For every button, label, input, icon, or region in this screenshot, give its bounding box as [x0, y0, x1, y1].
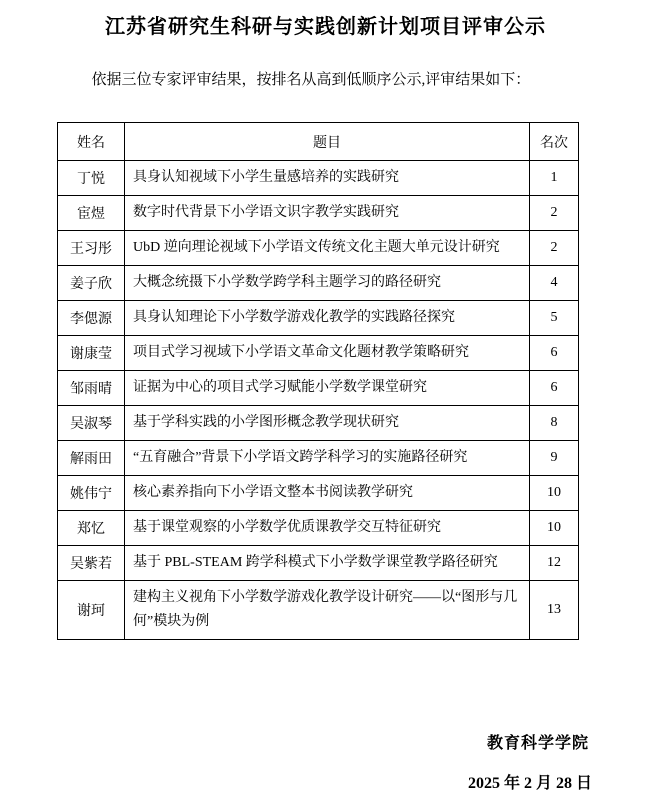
student-name-cell: 丁悦 — [58, 161, 125, 196]
project-title-cell: 基于课堂观察的小学数学优质课教学交互特征研究 — [125, 511, 530, 546]
rank-cell: 4 — [530, 266, 579, 301]
table-row: 李偲源 具身认知理论下小学数学游戏化教学的实践路径探究 5 — [58, 301, 579, 336]
table-row: 解雨田 “五育融合”背景下小学语文跨学科学习的实施路径研究 9 — [58, 441, 579, 476]
table-row: 吴淑琴 基于学科实践的小学图形概念教学现状研究 8 — [58, 406, 579, 441]
table-body: 丁悦 具身认知视域下小学生量感培养的实践研究 1 宦煜 数字时代背景下小学语文识… — [58, 161, 579, 640]
table-row: 吴紫若 基于 PBL-STEAM 跨学科模式下小学数学课堂教学路径研究 12 — [58, 546, 579, 581]
table-row: 王习彤 UbD 逆向理论视域下小学语文传统文化主题大单元设计研究 2 — [58, 231, 579, 266]
rank-cell: 8 — [530, 406, 579, 441]
project-title-cell: 核心素养指向下小学语文整本书阅读教学研究 — [125, 476, 530, 511]
signature-date: 2025 年 2 月 28 日 — [0, 770, 592, 793]
header-rank: 名次 — [530, 123, 579, 161]
student-name-cell: 吴紫若 — [58, 546, 125, 581]
student-name-cell: 李偲源 — [58, 301, 125, 336]
project-title-cell: “五育融合”背景下小学语文跨学科学习的实施路径研究 — [125, 441, 530, 476]
header-title: 题目 — [125, 123, 530, 161]
student-name-cell: 姚伟宁 — [58, 476, 125, 511]
header-name: 姓名 — [58, 123, 125, 161]
table-row: 宦煜 数字时代背景下小学语文识字教学实践研究 2 — [58, 196, 579, 231]
student-name-cell: 邹雨晴 — [58, 371, 125, 406]
student-name-cell: 吴淑琴 — [58, 406, 125, 441]
table-row: 谢康莹 项目式学习视域下小学语文革命文化题材教学策略研究 6 — [58, 336, 579, 371]
table-row: 郑忆 基于课堂观察的小学数学优质课教学交互特征研究 10 — [58, 511, 579, 546]
project-title-cell: 具身认知视域下小学生量感培养的实践研究 — [125, 161, 530, 196]
rank-cell: 6 — [530, 336, 579, 371]
rank-cell: 1 — [530, 161, 579, 196]
rank-cell: 9 — [530, 441, 579, 476]
rank-cell: 2 — [530, 231, 579, 266]
table-row: 姚伟宁 核心素养指向下小学语文整本书阅读教学研究 10 — [58, 476, 579, 511]
project-title-cell: 基于学科实践的小学图形概念教学现状研究 — [125, 406, 530, 441]
table-row: 邹雨晴 证据为中心的项目式学习赋能小学数学课堂研究 6 — [58, 371, 579, 406]
project-title-cell: 大概念统摄下小学数学跨学科主题学习的路径研究 — [125, 266, 530, 301]
student-name-cell: 谢珂 — [58, 581, 125, 640]
rank-cell: 13 — [530, 581, 579, 640]
student-name-cell: 姜子欣 — [58, 266, 125, 301]
project-title-cell: 数字时代背景下小学语文识字教学实践研究 — [125, 196, 530, 231]
table-header-row: 姓名 题目 名次 — [58, 123, 579, 161]
student-name-cell: 谢康莹 — [58, 336, 125, 371]
project-title-cell: 建构主义视角下小学数学游戏化教学设计研究——以“图形与几何”模块为例 — [125, 581, 530, 640]
intro-paragraph: 依据三位专家评审结果，按排名从高到低顺序公示,评审结果如下： — [57, 70, 602, 90]
page-title: 江苏省研究生科研与实践创新计划项目评审公示 — [0, 10, 651, 39]
student-name-cell: 王习彤 — [58, 231, 125, 266]
rank-cell: 6 — [530, 371, 579, 406]
project-title-cell: 具身认知理论下小学数学游戏化教学的实践路径探究 — [125, 301, 530, 336]
rank-cell: 2 — [530, 196, 579, 231]
student-name-cell: 宦煜 — [58, 196, 125, 231]
table-row: 姜子欣 大概念统摄下小学数学跨学科主题学习的路径研究 4 — [58, 266, 579, 301]
project-title-cell: 证据为中心的项目式学习赋能小学数学课堂研究 — [125, 371, 530, 406]
student-name-cell: 郑忆 — [58, 511, 125, 546]
table-row: 谢珂 建构主义视角下小学数学游戏化教学设计研究——以“图形与几何”模块为例 13 — [58, 581, 579, 640]
project-title-cell: 基于 PBL-STEAM 跨学科模式下小学数学课堂教学路径研究 — [125, 546, 530, 581]
rank-cell: 10 — [530, 511, 579, 546]
results-table: 姓名 题目 名次 丁悦 具身认知视域下小学生量感培养的实践研究 1 宦煜 数字时… — [57, 122, 579, 640]
student-name-cell: 解雨田 — [58, 441, 125, 476]
rank-cell: 10 — [530, 476, 579, 511]
signature-department: 教育科学学院 — [0, 730, 589, 753]
table-row: 丁悦 具身认知视域下小学生量感培养的实践研究 1 — [58, 161, 579, 196]
project-title-cell: 项目式学习视域下小学语文革命文化题材教学策略研究 — [125, 336, 530, 371]
rank-cell: 12 — [530, 546, 579, 581]
project-title-cell: UbD 逆向理论视域下小学语文传统文化主题大单元设计研究 — [125, 231, 530, 266]
rank-cell: 5 — [530, 301, 579, 336]
